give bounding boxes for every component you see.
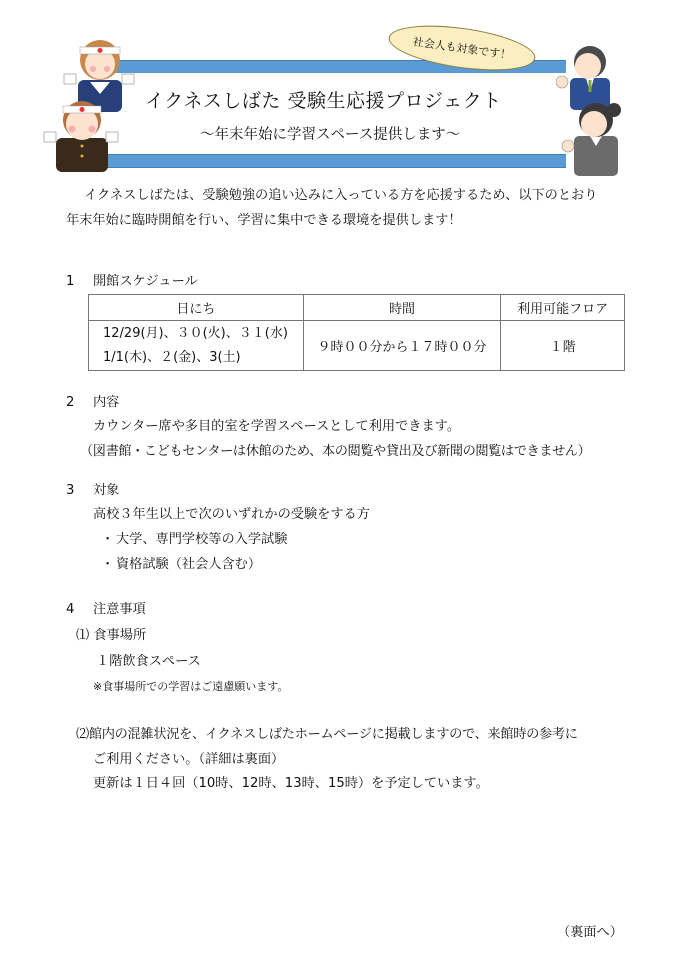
section-4-item-2-line-3: 更新は１日４回（10時、12時、13時、15時）を予定しています。	[93, 777, 489, 790]
section-2-heading: 内容	[93, 396, 119, 409]
section-3-bullet-1: 大学、専門学校等の入学試験	[116, 533, 287, 546]
section-4-item-1-note: ※食事場所での学習はご遠慮願います。	[93, 681, 288, 692]
section-3-bullet-2: 資格試験（社会人含む）	[116, 558, 261, 571]
schedule-table: 日にち 時間 利用可能フロア 12/29(月)、３０(火)、３１(水) 1/1(…	[88, 294, 625, 371]
section-2-number: 2	[66, 396, 74, 409]
next-page-label: （裏面へ）	[557, 926, 623, 939]
section-2-line-1: カウンター席や多目的室を学習スペースとして利用できます。	[93, 420, 460, 433]
dates-line-1: 12/29(月)、３０(火)、３１(水)	[103, 322, 303, 346]
table-cell-floor: １階	[501, 321, 625, 371]
section-1-number: 1	[66, 275, 74, 288]
section-4-item-2-line-2: ご利用ください。（詳細は裏面）	[93, 753, 284, 766]
banner-subtitle: ～年末年始に学習スペース提供します～	[200, 123, 500, 144]
adult-woman-icon	[560, 92, 626, 176]
table-header-row: 日にち 時間 利用可能フロア	[89, 295, 625, 321]
bullet-icon: ・	[101, 533, 114, 546]
section-3-number: 3	[66, 484, 74, 497]
speech-bubble-text: 社会人も対象です！	[412, 33, 512, 63]
table-cell-dates: 12/29(月)、３０(火)、３１(水) 1/1(木)、２(金)、3(土)	[89, 321, 304, 371]
section-4-item-1-value: １階飲食スペース	[96, 655, 201, 668]
table-cell-time: ９時００分から１７時００分	[303, 321, 501, 371]
section-2-line-2: （図書館・こどもセンターは休館のため、本の閲覧や貸出及び新聞の閲覧はできません）	[80, 445, 590, 458]
bullet-icon: ・	[101, 558, 114, 571]
section-4-heading: 注意事項	[93, 603, 146, 616]
table-header-time: 時間	[303, 295, 501, 321]
section-1-heading: 開館スケジュール	[93, 275, 198, 288]
section-4-item-1-label: ⑴ 食事場所	[76, 629, 146, 642]
banner-bottom-band	[92, 154, 566, 168]
section-4-number: 4	[66, 603, 74, 616]
section-4-item-2-line-1: ⑵館内の混雑状況を、イクネスしばたホームページに掲載しますので、来館時の参考に	[76, 728, 578, 741]
banner-title: イクネスしばた 受験生応援プロジェクト	[145, 86, 545, 113]
student-boy-icon	[42, 92, 122, 172]
intro-line-2: 年末年始に臨時開館を行い、学習に集中できる環境を提供します！	[66, 214, 462, 227]
section-3-line-1: 高校３年生以上で次のいずれかの受験をする方	[93, 508, 370, 521]
section-3-heading: 対象	[93, 484, 119, 497]
table-row: 12/29(月)、３０(火)、３１(水) 1/1(木)、２(金)、3(土) ９時…	[89, 321, 625, 371]
table-header-date: 日にち	[89, 295, 304, 321]
table-header-floor: 利用可能フロア	[501, 295, 625, 321]
intro-line-1: イクネスしばたは、受験勉強の追い込みに入っている方を応援するため、以下のとおり	[84, 189, 597, 202]
dates-line-2: 1/1(木)、２(金)、3(土)	[103, 346, 303, 370]
